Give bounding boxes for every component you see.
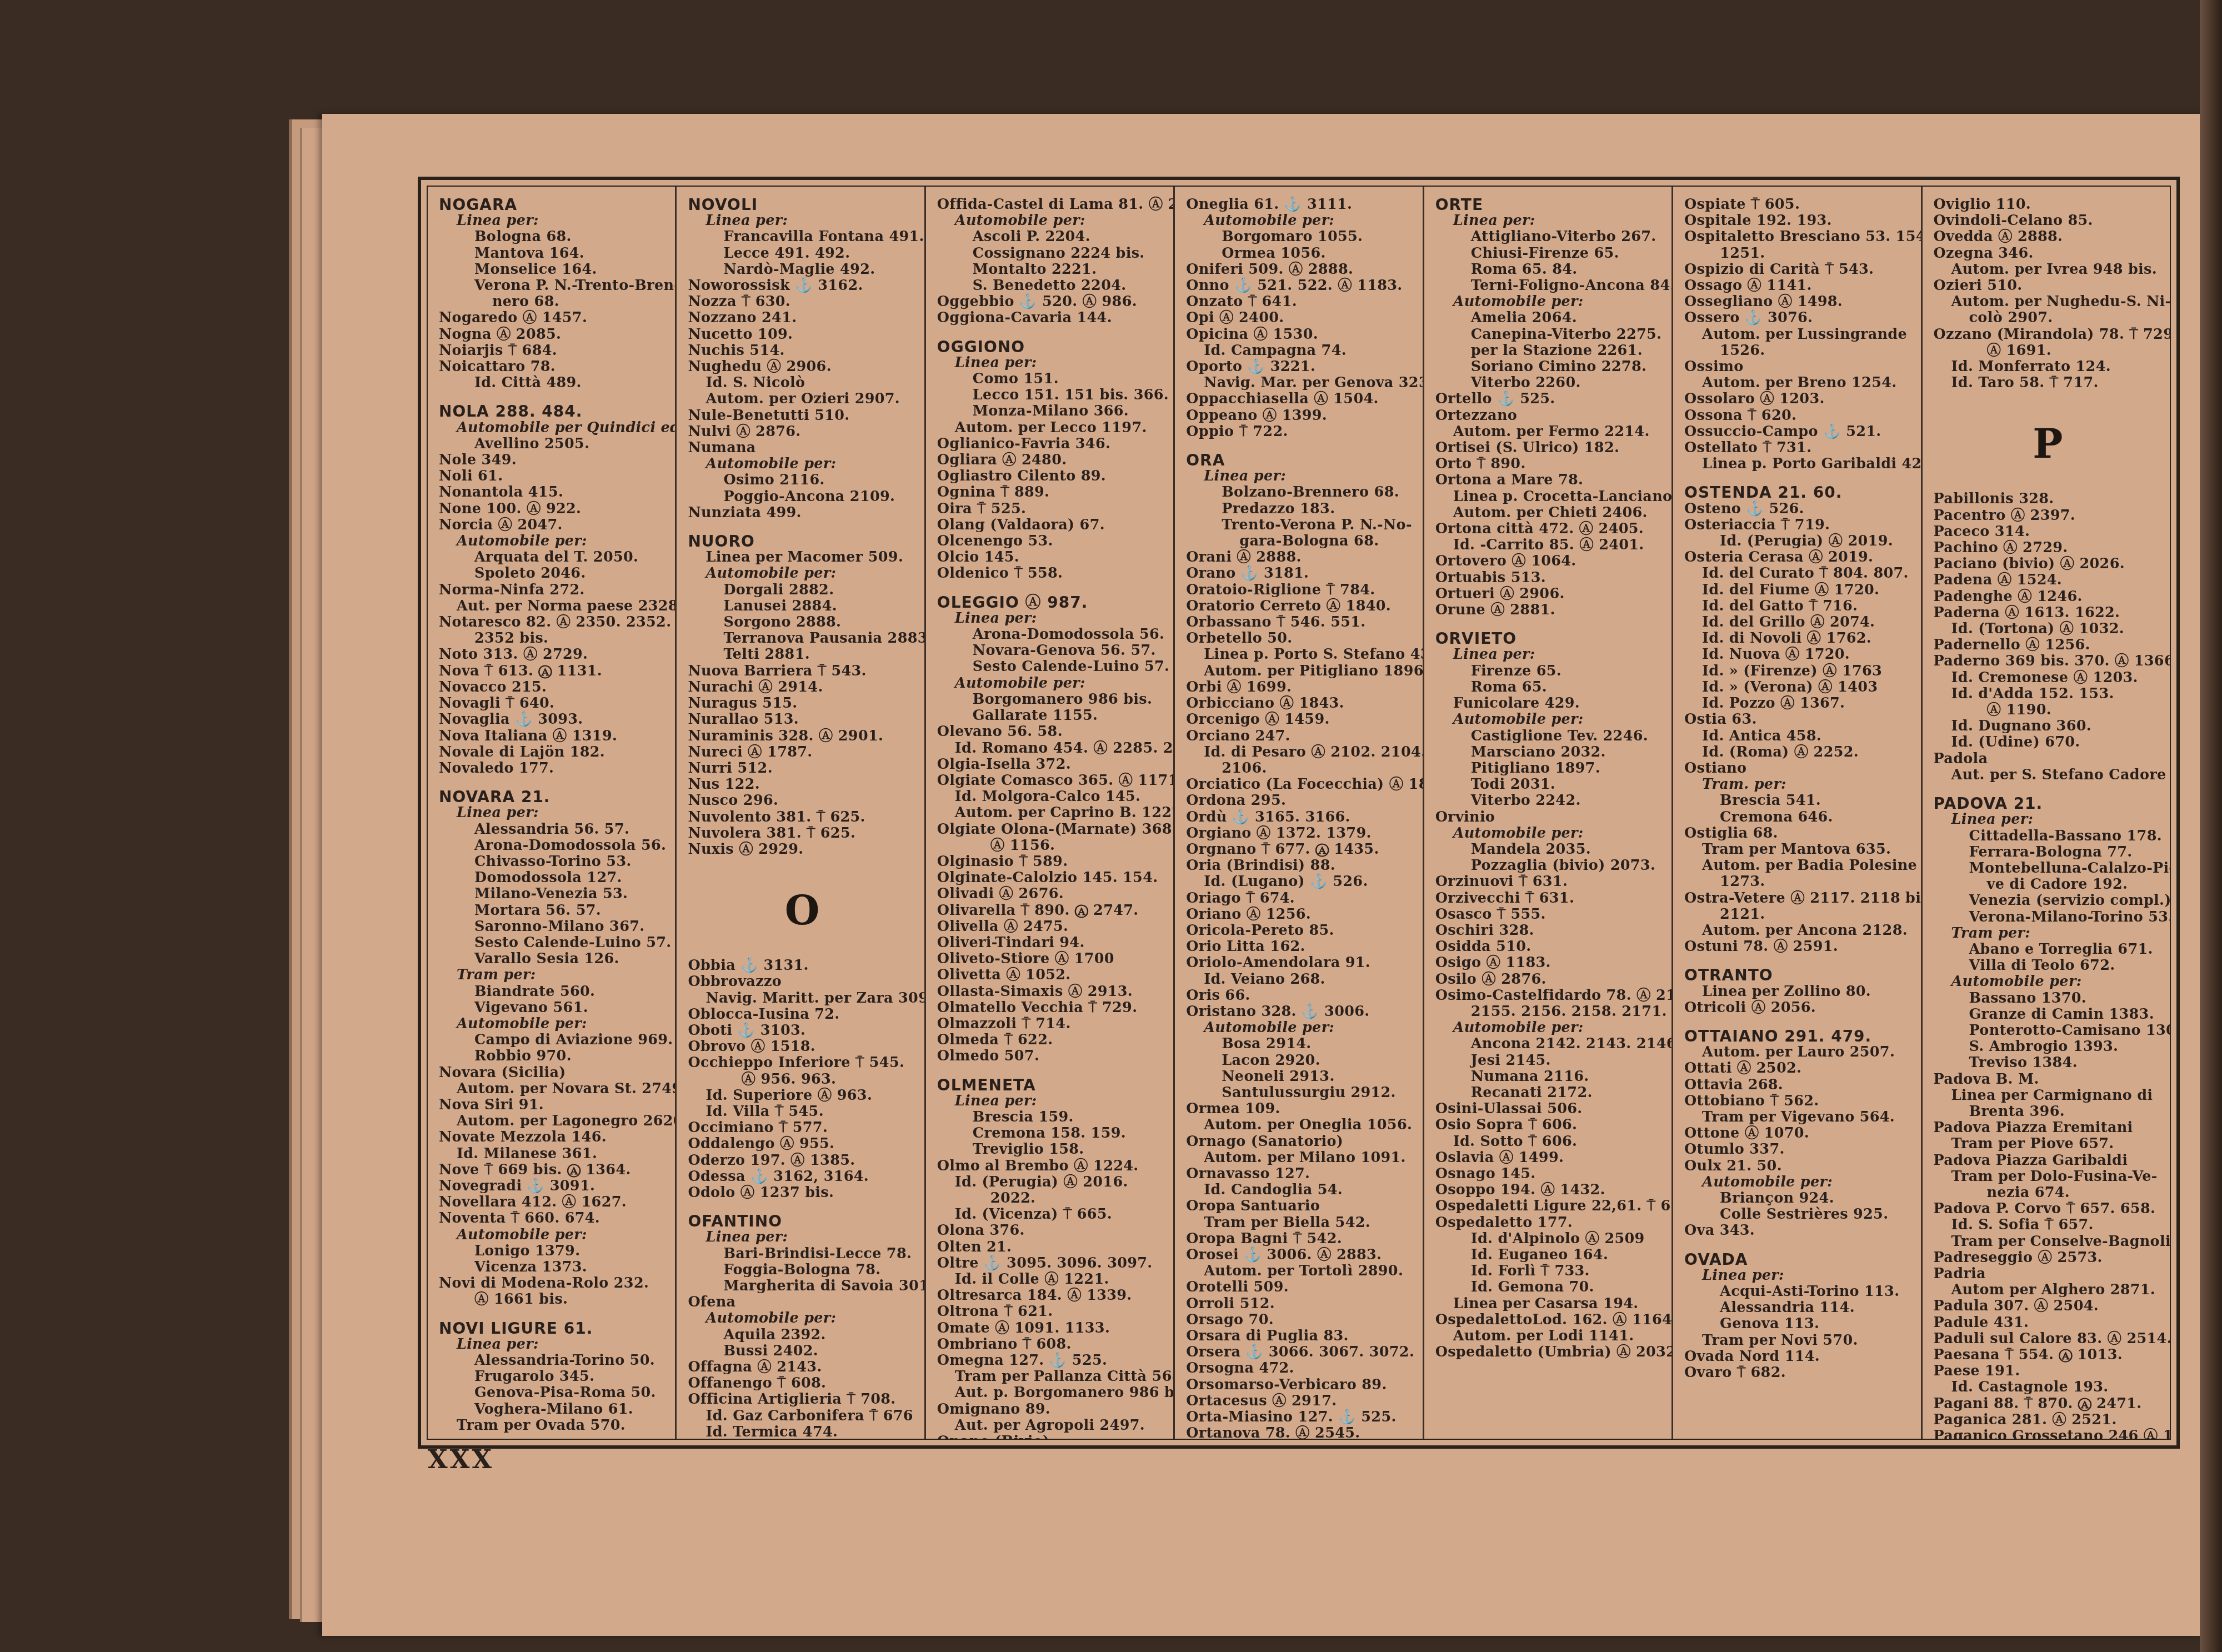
index-subentry: Automobile per: <box>1934 974 2162 990</box>
index-entry: Oliveto-Stiore Ⓐ 1700 <box>937 951 1165 967</box>
index-entry: Nusco 296. <box>688 793 916 809</box>
index-subentry: Id. Nuova Ⓐ 1720. <box>1684 647 1913 663</box>
index-subentry: Id. Taro 58. ⍑ 717. <box>1934 375 2162 391</box>
index-subentry: Linea per: <box>937 355 1165 371</box>
index-entry: Olginasio ⍑ 589. <box>937 854 1165 870</box>
index-subentry: Terni-Foligno-Ancona 84. <box>1435 278 1664 294</box>
index-subentry: Tram per Biella 542. <box>1186 1215 1414 1231</box>
index-entry: Ornago (Sanatorio) <box>1186 1134 1414 1150</box>
index-subentry: Id. d'Alpinolo Ⓐ 2509 <box>1435 1231 1664 1247</box>
index-subentry: 1251. <box>1684 246 1913 262</box>
index-subentry: Pitigliano 1897. <box>1435 760 1664 777</box>
index-entry: Oggebbio ⚓ 520. Ⓐ 986. <box>937 294 1165 310</box>
index-subentry: Id. Gemona 70. <box>1435 1279 1664 1295</box>
index-entry: Ostiglia 68. <box>1684 825 1913 842</box>
index-subentry: Id. » (Verona) Ⓐ 1403 <box>1684 679 1913 695</box>
index-entry: Oppeano Ⓐ 1399. <box>1186 408 1414 424</box>
index-subentry: Automobile per: <box>1435 712 1664 728</box>
index-entry: Paganico Grossetano 246 Ⓐ 1889. <box>1934 1428 2162 1439</box>
station-heading: NUORO <box>688 533 916 549</box>
index-column-3: Offida-Castel di Lama 81. Ⓐ 2231Automobi… <box>926 187 1175 1439</box>
index-entry: Omignano 89. <box>937 1401 1165 1418</box>
index-entry: Oltre ⚓ 3095. 3096. 3097. <box>937 1255 1165 1271</box>
index-subentry: Dorgali 2882. <box>688 582 916 598</box>
index-entry: Olginate-Calolzio 145. 154. <box>937 870 1165 886</box>
index-subentry: Id. Milanese 361. <box>439 1146 667 1162</box>
index-entry: Padenghe Ⓐ 1246. <box>1934 589 2162 605</box>
index-subentry: Recanati 2172. <box>1435 1085 1664 1101</box>
index-subentry: Automobile per Quindici ed <box>439 420 667 436</box>
index-entry: Orbassano ⍑ 546. 551. <box>1186 614 1414 630</box>
index-entry: Oneglia 61. ⚓ 3111. <box>1186 197 1414 213</box>
index-subentry: Id. Euganeo 164. <box>1435 1247 1664 1263</box>
index-column-2: NOVOLILinea per:Francavilla Fontana 491.… <box>677 187 925 1439</box>
index-subentry: Chivasso-Torino 53. <box>439 854 667 870</box>
index-entry: Norcia Ⓐ 2047. <box>439 517 667 533</box>
index-subentry: ve di Cadore 192. <box>1934 877 2162 893</box>
index-subentry: Ascoli P. 2204. <box>937 229 1165 245</box>
index-subentry: Viterbo 2242. <box>1435 793 1664 809</box>
index-subentry: Ⓐ 1691. <box>1934 343 2162 359</box>
index-subentry: Funicolare 429. <box>1435 695 1664 712</box>
index-entry: Ogliara Ⓐ 2480. <box>937 452 1165 468</box>
index-entry: Padria <box>1934 1266 2162 1282</box>
station-heading: NOVOLI <box>688 197 916 213</box>
index-entry: Oris 66. <box>1186 988 1414 1004</box>
index-subentry: Attigliano-Viterbo 267. <box>1435 229 1664 245</box>
index-entry: Pacentro Ⓐ 2397. <box>1934 508 2162 524</box>
index-entry: Omegna 127. ⚓ 525. <box>937 1353 1165 1369</box>
index-subentry: Monza-Milano 366. <box>937 403 1165 419</box>
index-subentry: Aut. p. Borgomanero 986 bis. <box>937 1385 1165 1401</box>
index-subentry: Autom. per Lussingrande <box>1684 327 1913 343</box>
index-entry: Nulvi Ⓐ 2876. <box>688 424 916 440</box>
index-entry: Nuvolento 381. ⍑ 625. <box>688 809 916 825</box>
index-subentry: Automobile per: <box>937 675 1165 692</box>
index-entry: Ortezzano <box>1435 408 1664 424</box>
index-subentry: Francavilla Fontana 491. <box>688 229 916 245</box>
index-entry: Notaresco 82. Ⓐ 2350. 2352. <box>439 614 667 630</box>
index-subentry: Autom. per Chieti 2406. <box>1435 505 1664 521</box>
index-subentry: Tram per Pallanza Città 568. <box>937 1369 1165 1385</box>
index-entry: Osilo Ⓐ 2876. <box>1435 972 1664 988</box>
index-subentry: Lecce 491. 492. <box>688 246 916 262</box>
index-entry: Ospedaletto 177. <box>1435 1215 1664 1231</box>
index-subentry: Id. del Gatto ⍑ 716. <box>1684 598 1913 614</box>
index-entry: Orciatico (La Focecchia) Ⓐ 1847 <box>1186 777 1414 793</box>
index-entry: Omate Ⓐ 1091. 1133. <box>937 1320 1165 1336</box>
index-subentry: Linea per: <box>1186 468 1414 484</box>
index-subentry: Id. il Colle Ⓐ 1221. <box>937 1271 1165 1288</box>
index-entry: Olmo al Brembo Ⓐ 1224. <box>937 1158 1165 1174</box>
index-entry: None 100. Ⓐ 922. <box>439 501 667 517</box>
index-entry: Oniferi 509. Ⓐ 2888. <box>1186 262 1414 278</box>
index-entry: Padola <box>1934 751 2162 767</box>
index-entry: Orune Ⓐ 2881. <box>1435 602 1664 618</box>
index-entry: Osteno ⚓ 526. <box>1684 501 1913 517</box>
index-entry: Ortello ⚓ 525. <box>1435 391 1664 407</box>
index-entry: Padova Piazza Eremitani <box>1934 1120 2162 1136</box>
index-subentry: Id. del Curato ⍑ 804. 807. <box>1684 565 1913 582</box>
index-entry: Nove ⍑ 669 bis. Ⓐ 1364. <box>439 1162 667 1178</box>
index-entry: Olten 21. <box>937 1239 1165 1255</box>
index-entry: Olmazzoli ⍑ 714. <box>937 1016 1165 1032</box>
index-entry: Nuchis 514. <box>688 343 916 359</box>
index-subentry: Osimo 2116. <box>688 472 916 488</box>
index-subentry: Nardò-Maglie 492. <box>688 262 916 278</box>
index-entry: Oria (Brindisi) 88. <box>1186 858 1414 874</box>
station-heading: ORTE <box>1435 197 1664 213</box>
index-entry: Ottobiano ⍑ 562. <box>1684 1093 1913 1109</box>
index-entry: Orbicciano Ⓐ 1843. <box>1186 695 1414 712</box>
index-subentry: Amelia 2064. <box>1435 310 1664 326</box>
index-subentry: Montebelluna-Calalzo-Pie- <box>1934 860 2162 877</box>
index-subentry: Autom. per Lodi 1141. <box>1435 1328 1664 1344</box>
index-entry: Orano ⚓ 3181. <box>1186 565 1414 582</box>
index-subentry: Automobile per: <box>937 213 1165 229</box>
index-entry: Ossago Ⓐ 1141. <box>1684 278 1913 294</box>
index-table-frame: NOGARALinea per:Bologna 68.Mantova 164.M… <box>418 177 2180 1449</box>
index-subentry: Linea p. Crocetta-Lanciano 472. <box>1435 489 1664 505</box>
index-entry: Ostia 63. <box>1684 712 1913 728</box>
index-entry: Nurri 512. <box>688 760 916 777</box>
index-subentry: Terranova Pausania 2883. <box>688 630 916 647</box>
index-subentry: Ⓐ 1156. <box>937 838 1165 854</box>
index-entry: Oggiona-Cavaria 144. <box>937 310 1165 326</box>
index-entry: Officina Artiglieria ⍑ 708. <box>688 1391 916 1408</box>
index-entry: Orto ⍑ 890. <box>1435 456 1664 472</box>
index-subentry: Brenta 396. <box>1934 1104 2162 1120</box>
index-entry: Padula 307. Ⓐ 2504. <box>1934 1298 2162 1314</box>
index-subentry: Alessandria-Torino 50. <box>439 1353 667 1369</box>
index-subentry: Ponterotto-Camisano 1302. <box>1934 1023 2162 1039</box>
index-column-7: Oviglio 110.Ovindoli-Celano 85.Ovedda Ⓐ … <box>1923 187 2170 1439</box>
index-subentry: Firenze 65. <box>1435 663 1664 679</box>
index-subentry: Automobile per: <box>688 565 916 582</box>
index-entry: Ordona 295. <box>1186 793 1414 809</box>
index-subentry: Canepina-Viterbo 2275. <box>1435 327 1664 343</box>
index-subentry: Id. Antica 458. <box>1684 728 1913 744</box>
station-heading: ORA <box>1186 452 1414 468</box>
index-subentry: Linea per Casarsa 194. <box>1435 1296 1664 1312</box>
index-entry: Osidda 510. <box>1435 939 1664 955</box>
index-subentry: Id. (Vicenza) ⍑ 665. <box>937 1207 1165 1223</box>
index-entry: Ortanova 78. Ⓐ 2545. <box>1186 1425 1414 1439</box>
index-entry: Novi di Modena-Rolo 232. <box>439 1275 667 1291</box>
index-entry: Ossimo <box>1684 359 1913 375</box>
index-subentry: Abano e Torreglia 671. <box>1934 942 2162 958</box>
index-entry: Ombriano ⍑ 608. <box>937 1336 1165 1353</box>
index-entry: Oglianico-Favria 346. <box>937 436 1165 452</box>
index-entry: Oldenico ⍑ 558. <box>937 565 1165 582</box>
index-entry: Nurallao 513. <box>688 712 916 728</box>
index-subentry: Linea per: <box>1934 812 2162 828</box>
index-entry: Pagani 88. ⍑ 870. Ⓐ 2471. <box>1934 1396 2162 1412</box>
index-subentry: Como 151. <box>937 371 1165 387</box>
index-entry: Noto 313. Ⓐ 2729. <box>439 647 667 663</box>
index-entry: Oboti ⚓ 3103. <box>688 1023 916 1039</box>
index-subentry: Id. Città 489. <box>439 375 667 391</box>
index-entry: Oratorio Cerreto Ⓐ 1840. <box>1186 598 1414 614</box>
index-entry: Orotelli 509. <box>1186 1279 1414 1295</box>
index-subentry: Linea p. Porto Garibaldi 423. <box>1684 456 1913 472</box>
index-subentry: Id. (Lugano) ⚓ 526. <box>1186 874 1414 890</box>
index-entry: Oropa Santuario <box>1186 1198 1414 1214</box>
index-subentry: Id. di Pesaro Ⓐ 2102. 2104. <box>1186 744 1414 760</box>
index-entry: Ostiano <box>1684 760 1913 777</box>
index-subentry: Telti 2881. <box>688 647 916 663</box>
index-subentry: Lecco 151. 151 bis. 366. <box>937 387 1165 403</box>
index-entry: Orgnano ⍑ 677. Ⓐ 1435. <box>1186 842 1414 858</box>
index-subentry: Marsciano 2032. <box>1435 744 1664 760</box>
index-entry: Osteriaccia ⍑ 719. <box>1684 517 1913 533</box>
index-entry: Padova B. M. <box>1934 1072 2162 1088</box>
index-subentry: Milano-Venezia 53. <box>439 886 667 902</box>
index-subentry: Verona P. N.-Trento-Bren- <box>439 278 667 294</box>
index-subentry: Ⓐ 956. 963. <box>688 1072 916 1088</box>
index-entry: Oschiri 328. <box>1435 923 1664 939</box>
index-entry: Offida-Castel di Lama 81. Ⓐ 2231 <box>937 197 1165 213</box>
index-subentry: Acqui-Asti-Torino 113. <box>1684 1284 1913 1300</box>
index-entry: Oppio ⍑ 722. <box>1186 424 1414 440</box>
index-subentry: Vicenza 1373. <box>439 1259 667 1275</box>
index-entry: Oderzo 197. Ⓐ 1385. <box>688 1153 916 1169</box>
index-subentry: Automobile per: <box>439 1227 667 1243</box>
index-subentry: Cremona 646. <box>1684 809 1913 825</box>
section-letter: O <box>688 880 916 941</box>
index-entry: Ortueri Ⓐ 2906. <box>1435 586 1664 602</box>
index-subentry: Tram per Dolo-Fusina-Ve- <box>1934 1169 2162 1185</box>
index-entry: Nuova Barriera ⍑ 543. <box>688 663 916 679</box>
index-entry: Noli 61. <box>439 468 667 484</box>
index-subentry: 1526. <box>1684 343 1913 359</box>
index-entry: Ognina ⍑ 889. <box>937 484 1165 500</box>
index-entry: Ovada Nord 114. <box>1684 1349 1913 1365</box>
index-entry: Olona 376. <box>937 1223 1165 1239</box>
index-subentry: Autom. per Ancona 2128. <box>1684 923 1913 939</box>
index-subentry: Id. (Perugia) Ⓐ 2019. <box>1684 533 1913 549</box>
index-entry: Ostellato ⍑ 731. <box>1684 440 1913 456</box>
station-heading: OTRANTO <box>1684 967 1913 983</box>
index-entry: Oriago ⍑ 674. <box>1186 890 1414 907</box>
index-entry: Paganica 281. Ⓐ 2521. <box>1934 1412 2162 1428</box>
index-subentry: Id. Molgora-Calco 145. <box>937 789 1165 805</box>
index-subentry: Id. (Roma) Ⓐ 2252. <box>1684 744 1913 760</box>
index-subentry: Todi 2031. <box>1435 777 1664 793</box>
index-subentry: Vigevano 561. <box>439 1000 667 1016</box>
index-column-6: Ospiate ⍑ 605.Ospitale 192. 193.Ospitale… <box>1673 187 1922 1439</box>
index-entry: Olivella Ⓐ 2475. <box>937 919 1165 935</box>
index-entry: Nova Siri 91. <box>439 1097 667 1113</box>
index-subentry: Margherita di Savoia 301. <box>688 1278 916 1294</box>
index-subentry: Id. (Perugia) Ⓐ 2016. <box>937 1174 1165 1190</box>
index-subentry: Autom. per Ivrea 948 bis. <box>1934 262 2162 278</box>
index-entry: Novaledo 177. <box>439 760 667 777</box>
index-subentry: Id. di Novoli Ⓐ 1762. <box>1684 630 1913 647</box>
index-subentry: Pozzaglia (bivio) 2073. <box>1435 858 1664 874</box>
index-entry: Ortuabis 513. <box>1435 570 1664 586</box>
station-heading: NOGARA <box>439 197 667 213</box>
index-subentry: Autom. per Pitigliano 1896 <box>1186 663 1414 679</box>
index-entry: Offagna Ⓐ 2143. <box>688 1359 916 1375</box>
index-subentry: Automobile per: <box>688 1310 916 1326</box>
index-subentry: Id. Romano 454. Ⓐ 2285. 2288 <box>937 740 1165 757</box>
index-entry: Osio Sopra ⍑ 606. <box>1435 1117 1664 1133</box>
index-entry: Orzinuovi ⍑ 631. <box>1435 874 1664 890</box>
index-entry: Pabillonis 328. <box>1934 491 2162 507</box>
index-entry: Ozzano (Mirandola) 78. ⍑ 729. <box>1934 327 2162 343</box>
index-entry: Ospedaletto (Umbria) Ⓐ 2032. <box>1435 1344 1664 1360</box>
index-subentry: Id. Forlì ⍑ 733. <box>1435 1263 1664 1279</box>
index-entry: Ossolaro Ⓐ 1203. <box>1684 391 1913 407</box>
index-entry: Novate Mezzola 146. <box>439 1129 667 1145</box>
index-entry: Nova ⍑ 613. Ⓐ 1131. <box>439 663 667 679</box>
index-subentry: Id. » (Firenze) Ⓐ 1763 <box>1684 663 1913 679</box>
index-entry: Oltrona ⍑ 621. <box>937 1304 1165 1320</box>
index-entry: Orsogna 472. <box>1186 1360 1414 1376</box>
index-subentry: Autom. per Lauro 2507. <box>1684 1044 1913 1060</box>
index-entry: Ottavia 268. <box>1684 1077 1913 1093</box>
index-entry: Novagli ⍑ 640. <box>439 695 667 712</box>
index-entry: Otumlo 337. <box>1684 1142 1913 1158</box>
index-entry: Obrovo Ⓐ 1518. <box>688 1039 916 1055</box>
index-entry: Nunziata 499. <box>688 505 916 521</box>
index-subentry: Autom. per Novara St. 2749. <box>439 1081 667 1097</box>
index-subentry: 2022. <box>937 1190 1165 1207</box>
index-subentry: Linea per: <box>439 213 667 229</box>
index-subentry: Bussi 2402. <box>688 1343 916 1359</box>
index-subentry: Id. Gaz Carbonifera ⍑ 676 <box>688 1408 916 1424</box>
index-entry: Onano (Bivio) <box>937 1434 1165 1439</box>
index-subentry: nezia 674. <box>1934 1185 2162 1201</box>
index-subentry: S. Ambrogio 1393. <box>1934 1039 2162 1055</box>
index-subentry: Id. Villa ⍑ 545. <box>688 1104 916 1120</box>
index-entry: Ofena <box>688 1294 916 1310</box>
index-entry: Nuvolera 381. ⍑ 625. <box>688 825 916 842</box>
index-entry: Oviglio 110. <box>1934 197 2162 213</box>
index-entry: Oricola-Pereto 85. <box>1186 923 1414 939</box>
index-subentry: Automobile per: <box>688 456 916 472</box>
index-entry: Nuxis Ⓐ 2929. <box>688 842 916 858</box>
index-entry: Ormea 109. <box>1186 1101 1414 1117</box>
index-entry: Paderna Ⓐ 1613. 1622. <box>1934 605 2162 621</box>
index-subentry: Linea per Zollino 80. <box>1684 984 1913 1000</box>
index-entry: Orcenigo Ⓐ 1459. <box>1186 712 1414 728</box>
index-entry: Opicina Ⓐ 1530. <box>1186 327 1414 343</box>
index-subentry: Mortara 56. 57. <box>439 903 667 919</box>
index-subentry: Id. Cremonese Ⓐ 1203. <box>1934 670 2162 686</box>
index-subentry: Id. d'Adda 152. 153. <box>1934 686 2162 702</box>
index-entry: Nozza ⍑ 630. <box>688 294 916 310</box>
station-heading: OSTENDA 21. 60. <box>1684 484 1913 500</box>
index-entry: Nuragus 515. <box>688 695 916 712</box>
index-subentry: Lacon 2920. <box>1186 1053 1414 1069</box>
index-entry: Odessa ⚓ 3162, 3164. <box>688 1169 916 1185</box>
index-subentry: Biandrate 560. <box>439 984 667 1000</box>
index-entry: Osimo-Castelfidardo 78. Ⓐ 2144. <box>1435 988 1664 1004</box>
index-subentry: Tram per: <box>439 967 667 983</box>
index-entry: Nus 122. <box>688 777 916 793</box>
index-subentry: Linea p. Porto S. Stefano 430. <box>1186 647 1414 663</box>
index-subentry: Id. Castagnole 193. <box>1934 1379 2162 1395</box>
index-subentry: 1273. <box>1684 874 1913 890</box>
index-entry: Nova Italiana Ⓐ 1319. <box>439 728 667 744</box>
index-subentry: Arona-Domodossola 56. <box>439 838 667 854</box>
index-subentry: Linea per Macomer 509. <box>688 549 916 565</box>
index-subentry: Id. Termica 474. <box>688 1424 916 1439</box>
index-column-1: NOGARALinea per:Bologna 68.Mantova 164.M… <box>428 187 677 1439</box>
index-subentry: Genova-Pisa-Roma 50. <box>439 1385 667 1401</box>
index-subentry: Tram. per: <box>1684 777 1913 793</box>
index-entry: Ovedda Ⓐ 2888. <box>1934 229 2162 245</box>
index-subentry: Linea per: <box>1435 213 1664 229</box>
index-subentry: Linea per: <box>937 1093 1165 1109</box>
index-entry: Olivadi Ⓐ 2676. <box>937 886 1165 902</box>
station-heading: OTTAIANO 291. 479. <box>1684 1028 1913 1044</box>
index-entry: Osteria Cerasa Ⓐ 2019. <box>1684 549 1913 565</box>
index-entry: Ospitale 192. 193. <box>1684 213 1913 229</box>
index-subentry: 2155. 2156. 2158. 2171. <box>1435 1004 1664 1020</box>
index-entry: Obbia ⚓ 3131. <box>688 958 916 974</box>
station-heading: NOVARA 21. <box>439 789 667 805</box>
index-subentry: per la Stazione 2261. <box>1435 343 1664 359</box>
index-entry: Orio Litta 162. <box>1186 939 1414 955</box>
index-entry: Nule-Benetutti 510. <box>688 408 916 424</box>
index-subentry: Automobile per: <box>1684 1174 1913 1190</box>
index-entry: Orosei ⚓ 3006. Ⓐ 2883. <box>1186 1247 1414 1263</box>
index-subentry: Bosa 2914. <box>1186 1036 1414 1052</box>
index-entry: Ortovero Ⓐ 1064. <box>1435 553 1664 569</box>
index-subentry: Treviso 1384. <box>1934 1055 2162 1071</box>
index-entry: Orsomarso-Verbicaro 89. <box>1186 1377 1414 1393</box>
index-subentry: Id. Dugnano 360. <box>1934 718 2162 734</box>
index-subentry: Tram per Ovada 570. <box>439 1418 667 1434</box>
index-entry: Orzivecchi ⍑ 631. <box>1435 890 1664 907</box>
index-subentry: gara-Bologna 68. <box>1186 533 1414 549</box>
index-subentry: Gallarate 1155. <box>937 708 1165 724</box>
index-subentry: Id. S. Sofia ⍑ 657. <box>1934 1217 2162 1233</box>
station-heading: NOLA 288. 484. <box>439 403 667 419</box>
index-entry: Olmedo 507. <box>937 1048 1165 1064</box>
index-entry: Oulx 21. 50. <box>1684 1158 1913 1174</box>
index-subentry: Avellino 2505. <box>439 436 667 452</box>
index-entry: Numana <box>688 440 916 456</box>
index-entry: Ortacesus Ⓐ 2917. <box>1186 1393 1414 1409</box>
index-entry: Ova 343. <box>1684 1223 1913 1239</box>
index-subentry: Autom. per Tortolì 2890. <box>1186 1263 1414 1279</box>
station-heading: OVADA <box>1684 1251 1913 1268</box>
index-entry: Padena Ⓐ 1524. <box>1934 572 2162 588</box>
index-entry: Oliveri-Tindari 94. <box>937 935 1165 951</box>
index-entry: Ospedaletti Ligure 22,61. ⍑ 698 <box>1435 1198 1664 1214</box>
index-entry: Olgiate Olona-(Marnate) 368. <box>937 822 1165 838</box>
index-entry: Ornavasso 127. <box>1186 1166 1414 1182</box>
index-subentry: Ferrara-Bologna 77. <box>1934 844 2162 860</box>
index-entry: Orvinio <box>1435 809 1664 825</box>
index-subentry: Aut. per Agropoli 2497. <box>937 1418 1165 1434</box>
index-subentry: Montalto 2221. <box>937 262 1165 278</box>
index-entry: Nuraminis 328. Ⓐ 2901. <box>688 728 916 744</box>
index-subentry: Tram per Mantova 635. <box>1684 842 1913 858</box>
index-entry: Nureci Ⓐ 1787. <box>688 744 916 760</box>
index-entry: Ozieri 510. <box>1934 278 2162 294</box>
index-subentry: Id. Pozzo Ⓐ 1367. <box>1684 695 1913 712</box>
index-entry: Nozzano 241. <box>688 310 916 326</box>
index-entry: Paesana ⍑ 554. Ⓐ 1013. <box>1934 1347 2162 1363</box>
index-subentry: nero 68. <box>439 294 667 310</box>
station-heading: ORVIETO <box>1435 630 1664 647</box>
index-entry: Ossuccio-Campo ⚓ 521. <box>1684 424 1913 440</box>
